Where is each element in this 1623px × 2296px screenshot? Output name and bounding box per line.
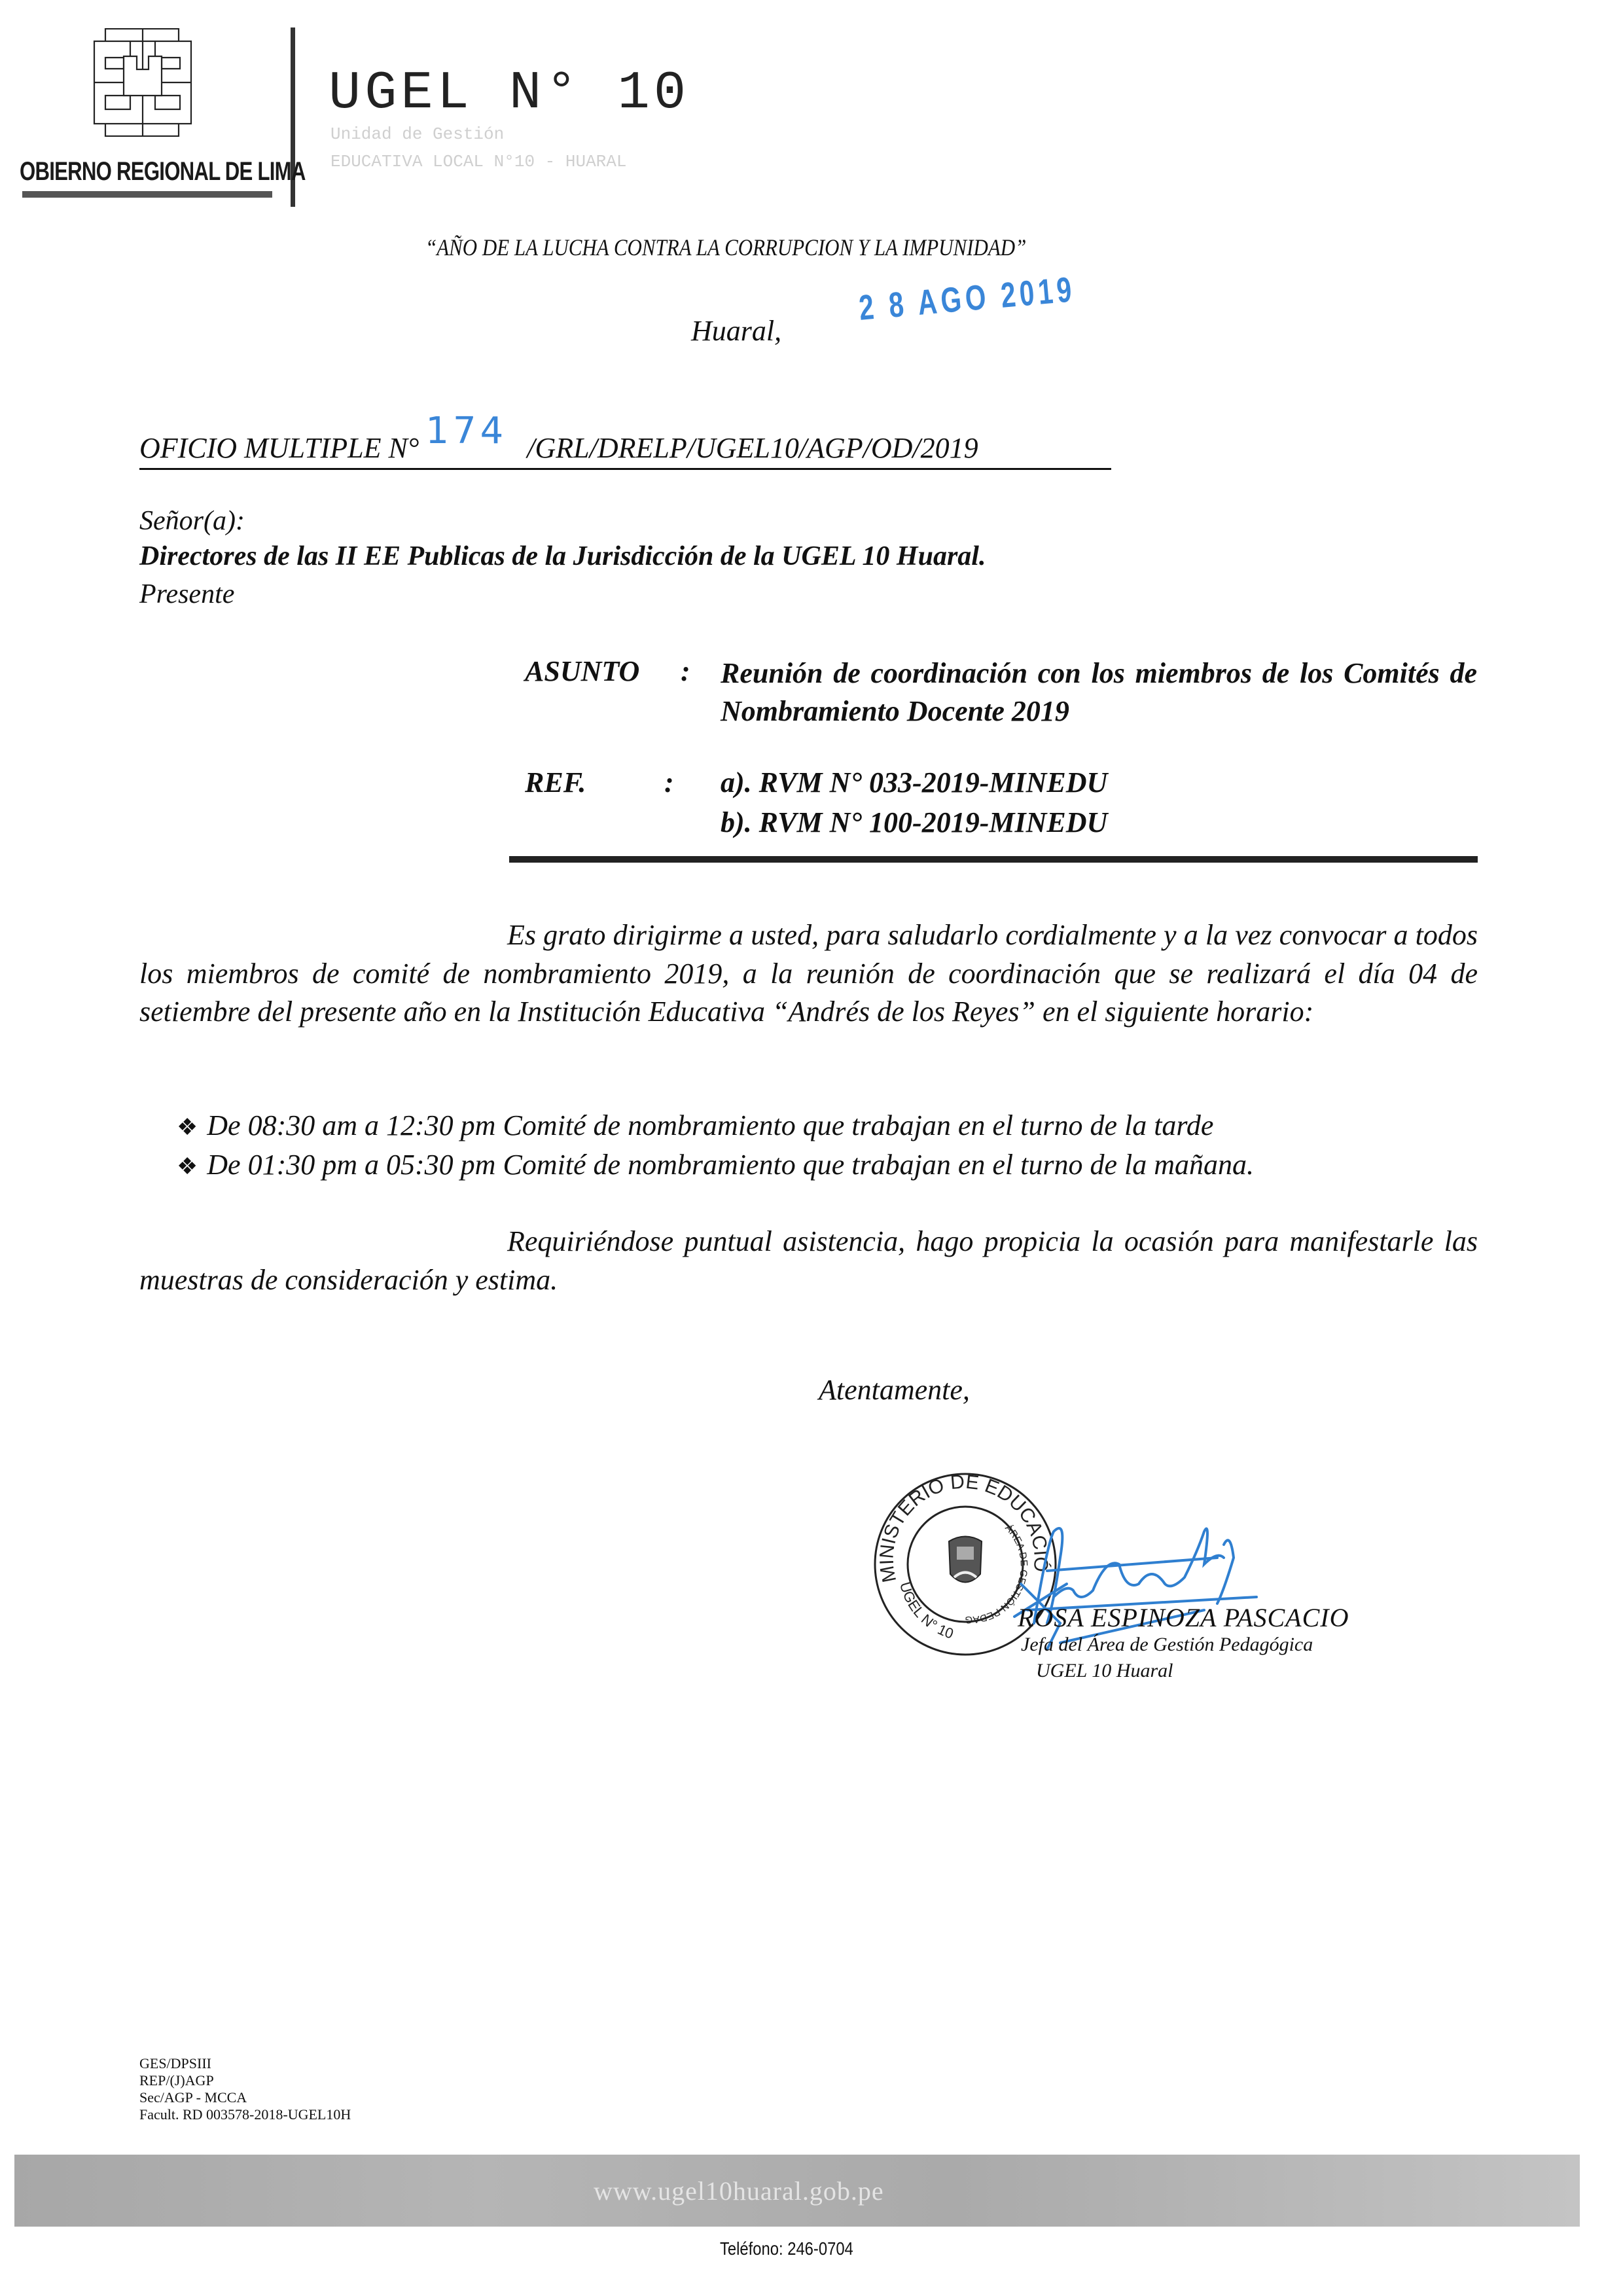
- presente-label: Presente: [139, 579, 234, 610]
- oficio-suffix: /GRL/DRELP/UGEL10/AGP/OD/2019: [527, 432, 978, 464]
- schedule-text: De 01:30 pm a 05:30 pm Comité de nombram…: [207, 1149, 1254, 1181]
- valediction: Atentamente,: [819, 1373, 970, 1407]
- reference-initials: GES/DPSIII REP/(J)AGP Sec/AGP - MCCA Fac…: [139, 2055, 351, 2123]
- asunto-text: Reunión de coordinación con los miembros…: [721, 655, 1477, 730]
- initials-line: GES/DPSIII: [139, 2055, 351, 2072]
- header-underline-bar: [22, 191, 272, 198]
- ref-item: a). RVM N° 033-2019-MINEDU: [721, 766, 1107, 799]
- closing-paragraph: Requiriéndose puntual asistencia, hago p…: [139, 1223, 1478, 1299]
- recipients: Directores de las II EE Publicas de la J…: [139, 541, 986, 572]
- year-slogan: “AÑO DE LA LUCHA CONTRA LA CORRUPCION Y …: [425, 234, 1026, 261]
- schedule-text: De 08:30 am a 12:30 pm Comité de nombram…: [207, 1109, 1213, 1141]
- document-reference: OFICIO MULTIPLE N°174/GRL/DRELP/UGEL10/A…: [139, 424, 1111, 470]
- org-subtitle-line1: Unidad de Gestión: [330, 124, 504, 144]
- phone-number: Teléfono: 246-0704: [720, 2238, 853, 2259]
- regional-government-label: OBIERNO REGIONAL DE LIMA: [20, 157, 306, 187]
- initials-line: Facult. RD 003578-2018-UGEL10H: [139, 2106, 351, 2123]
- asunto-separator: :: [681, 655, 690, 688]
- diamond-bullet-icon: ❖: [177, 1153, 198, 1179]
- city-label: Huaral,: [691, 314, 781, 348]
- salutation: Señor(a):: [139, 505, 245, 537]
- oficio-prefix: OFICIO MULTIPLE N°: [139, 432, 419, 464]
- schedule-item: ❖De 08:30 am a 12:30 pm Comité de nombra…: [177, 1109, 1213, 1142]
- footer-band: www.ugel10huaral.gob.pe: [14, 2155, 1580, 2227]
- website-link[interactable]: www.ugel10huaral.gob.pe: [594, 2176, 884, 2206]
- org-title: UGEL N° 10: [329, 63, 690, 124]
- handwritten-number: 174: [425, 410, 507, 452]
- asunto-label: ASUNTO: [525, 655, 639, 688]
- schedule-item: ❖De 01:30 pm a 05:30 pm Comité de nombra…: [177, 1148, 1254, 1181]
- signer-organization: UGEL 10 Huaral: [1036, 1660, 1173, 1682]
- regional-government-logo-icon: [91, 28, 194, 137]
- ref-label: REF.: [525, 766, 586, 799]
- ref-separator: :: [664, 766, 674, 799]
- signer-name: ROSA ESPINOZA PASCACIO: [1018, 1602, 1349, 1633]
- org-subtitle-line2: EDUCATIVA LOCAL N°10 - HUARAL: [330, 152, 626, 171]
- signer-role: Jefa del Área de Gestión Pedagógica: [1021, 1634, 1313, 1656]
- body-paragraph: Es grato dirigirme a usted, para saludar…: [139, 916, 1478, 1031]
- diamond-bullet-icon: ❖: [177, 1114, 198, 1140]
- initials-line: Sec/AGP - MCCA: [139, 2089, 351, 2106]
- initials-line: REP/(J)AGP: [139, 2072, 351, 2089]
- section-divider: [509, 856, 1478, 863]
- date-stamp: 2 8 AGO 2019: [857, 269, 1077, 329]
- ref-item: b). RVM N° 100-2019-MINEDU: [721, 806, 1107, 839]
